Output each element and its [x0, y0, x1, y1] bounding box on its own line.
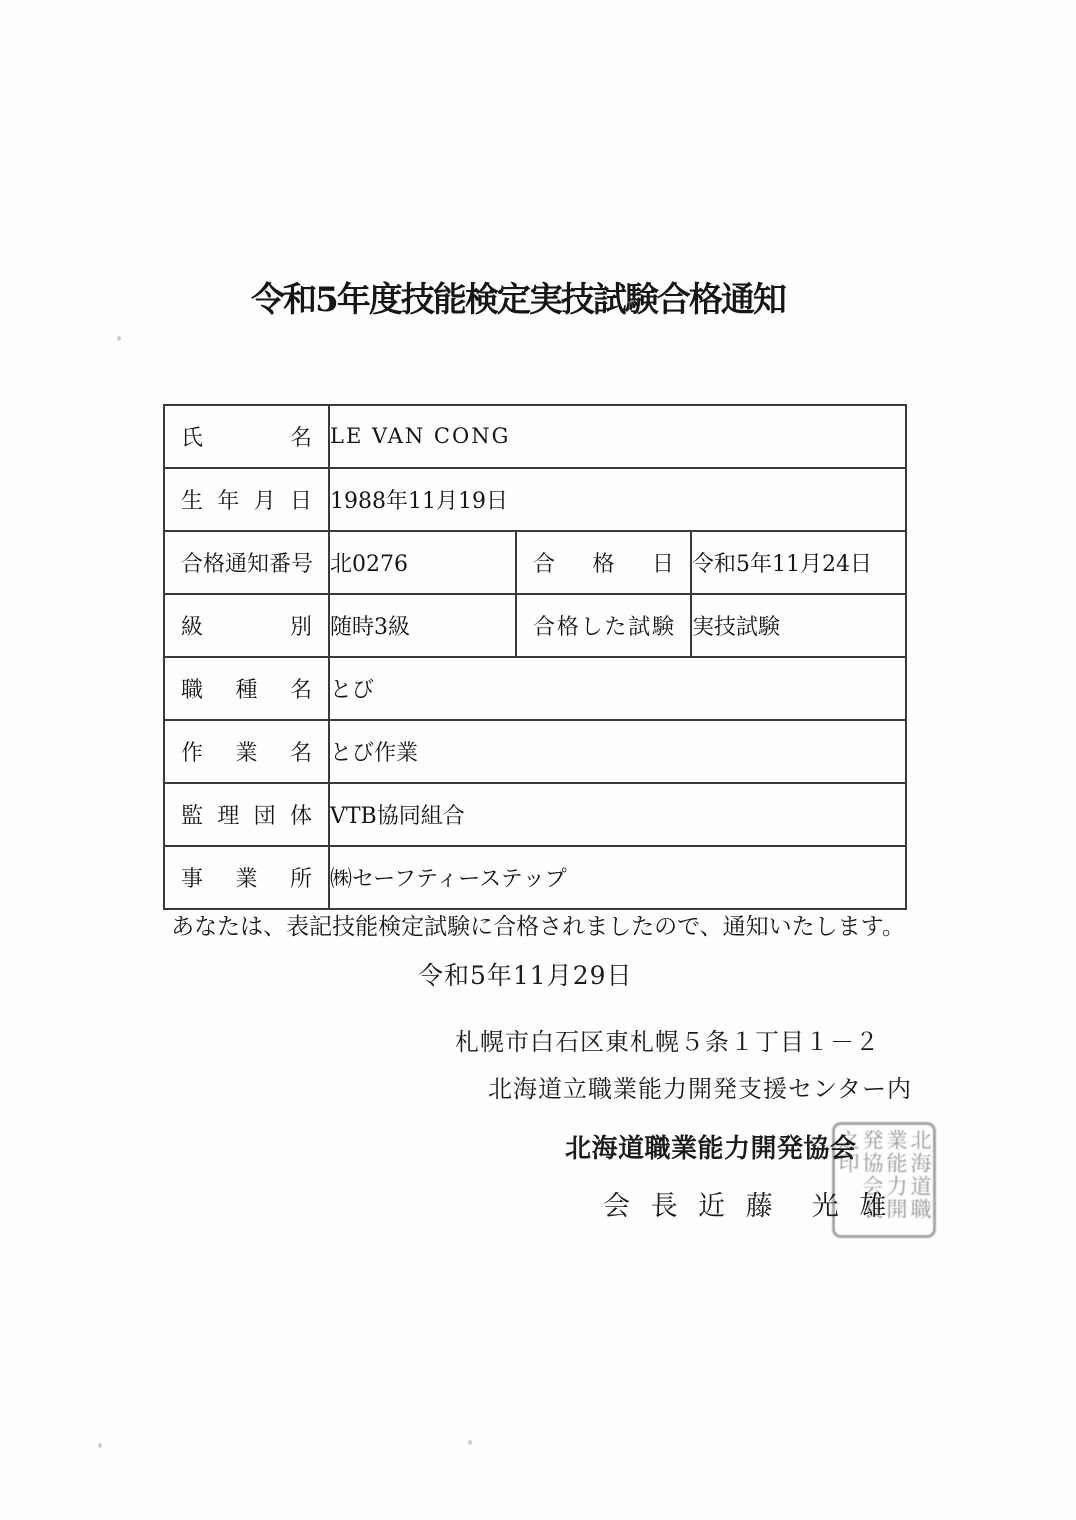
issuing-organization: 北海道職業能力開発協会	[565, 1128, 857, 1165]
table-row-workplace: 事 業 所 ㈱セーフティーステップ	[164, 846, 906, 909]
supervising-org-value-cell: VTB協同組合	[329, 783, 906, 846]
table-row-birthdate: 生 年 月 日 1988年11月19日	[164, 468, 906, 531]
table-row-name: 氏 名 LE VAN CONG	[164, 405, 906, 468]
scan-speck	[117, 336, 121, 341]
pass-notice-sentence: あなたは、表記技能検定試験に合格されましたので、通知いたします。	[0, 908, 1076, 941]
birthdate-label-cell: 生 年 月 日	[164, 468, 329, 531]
name-label-cell: 氏 名	[164, 405, 329, 468]
notice-number-label-cell: 合格通知番号	[164, 531, 329, 594]
chairman-signature: 会 長 近 藤 光 雄	[603, 1184, 892, 1223]
grade-label-cell: 級 別	[164, 594, 329, 657]
passed-exam-value-cell: 実技試験	[691, 594, 906, 657]
work-label: 作 業 名	[165, 736, 328, 767]
pass-date-label: 合 格 日	[517, 547, 690, 578]
passed-exam-label: 合格した試験	[517, 610, 690, 641]
trade-label: 職 種 名	[165, 673, 328, 704]
workplace-label: 事 業 所	[165, 862, 328, 893]
name-value-cell: LE VAN CONG	[329, 405, 906, 468]
grade-value-cell: 随時3級	[329, 594, 516, 657]
passed-exam-label-cell: 合格した試験	[516, 594, 691, 657]
pass-date-value-cell: 令和5年11月24日	[691, 531, 906, 594]
scan-speck	[468, 1440, 472, 1445]
birthdate-value-cell: 1988年11月19日	[329, 468, 906, 531]
work-label-cell: 作 業 名	[164, 720, 329, 783]
table-row-work: 作 業 名 とび作業	[164, 720, 906, 783]
trade-value-cell: とび	[329, 657, 906, 720]
workplace-value-cell: ㈱セーフティーステップ	[329, 846, 906, 909]
table-row-grade: 級 別 随時3級 合格した試験 実技試験	[164, 594, 906, 657]
supervising-org-label: 監 理 団 体	[165, 799, 328, 830]
certificate-table: 氏 名 LE VAN CONG 生 年 月 日 1988年11月19日 合格通知…	[163, 404, 907, 910]
table-row-supervising-org: 監 理 団 体 VTB協同組合	[164, 783, 906, 846]
supervising-org-label-cell: 監 理 団 体	[164, 783, 329, 846]
address-line-1: 札幌市白石区東札幌５条１丁目１－２	[455, 1022, 880, 1057]
name-label: 氏 名	[165, 421, 328, 452]
issue-date: 令和5年11月29日	[418, 956, 633, 992]
scan-speck	[98, 1443, 102, 1448]
name-value: LE VAN CONG	[330, 424, 510, 448]
notice-number-value-cell: 北0276	[329, 531, 516, 594]
table-row-notice-number: 合格通知番号 北0276 合 格 日 令和5年11月24日	[164, 531, 906, 594]
workplace-label-cell: 事 業 所	[164, 846, 329, 909]
pass-date-label-cell: 合 格 日	[516, 531, 691, 594]
document-title: 令和5年度技能検定実技試験合格通知	[0, 272, 1036, 321]
work-value-cell: とび作業	[329, 720, 906, 783]
notice-number-label: 合格通知番号	[165, 547, 328, 578]
table-row-trade: 職 種 名 とび	[164, 657, 906, 720]
trade-label-cell: 職 種 名	[164, 657, 329, 720]
birthdate-label: 生 年 月 日	[165, 484, 328, 515]
address-line-2: 北海道立職業能力開発支援センター内	[488, 1069, 912, 1104]
grade-label: 級 別	[165, 610, 328, 641]
